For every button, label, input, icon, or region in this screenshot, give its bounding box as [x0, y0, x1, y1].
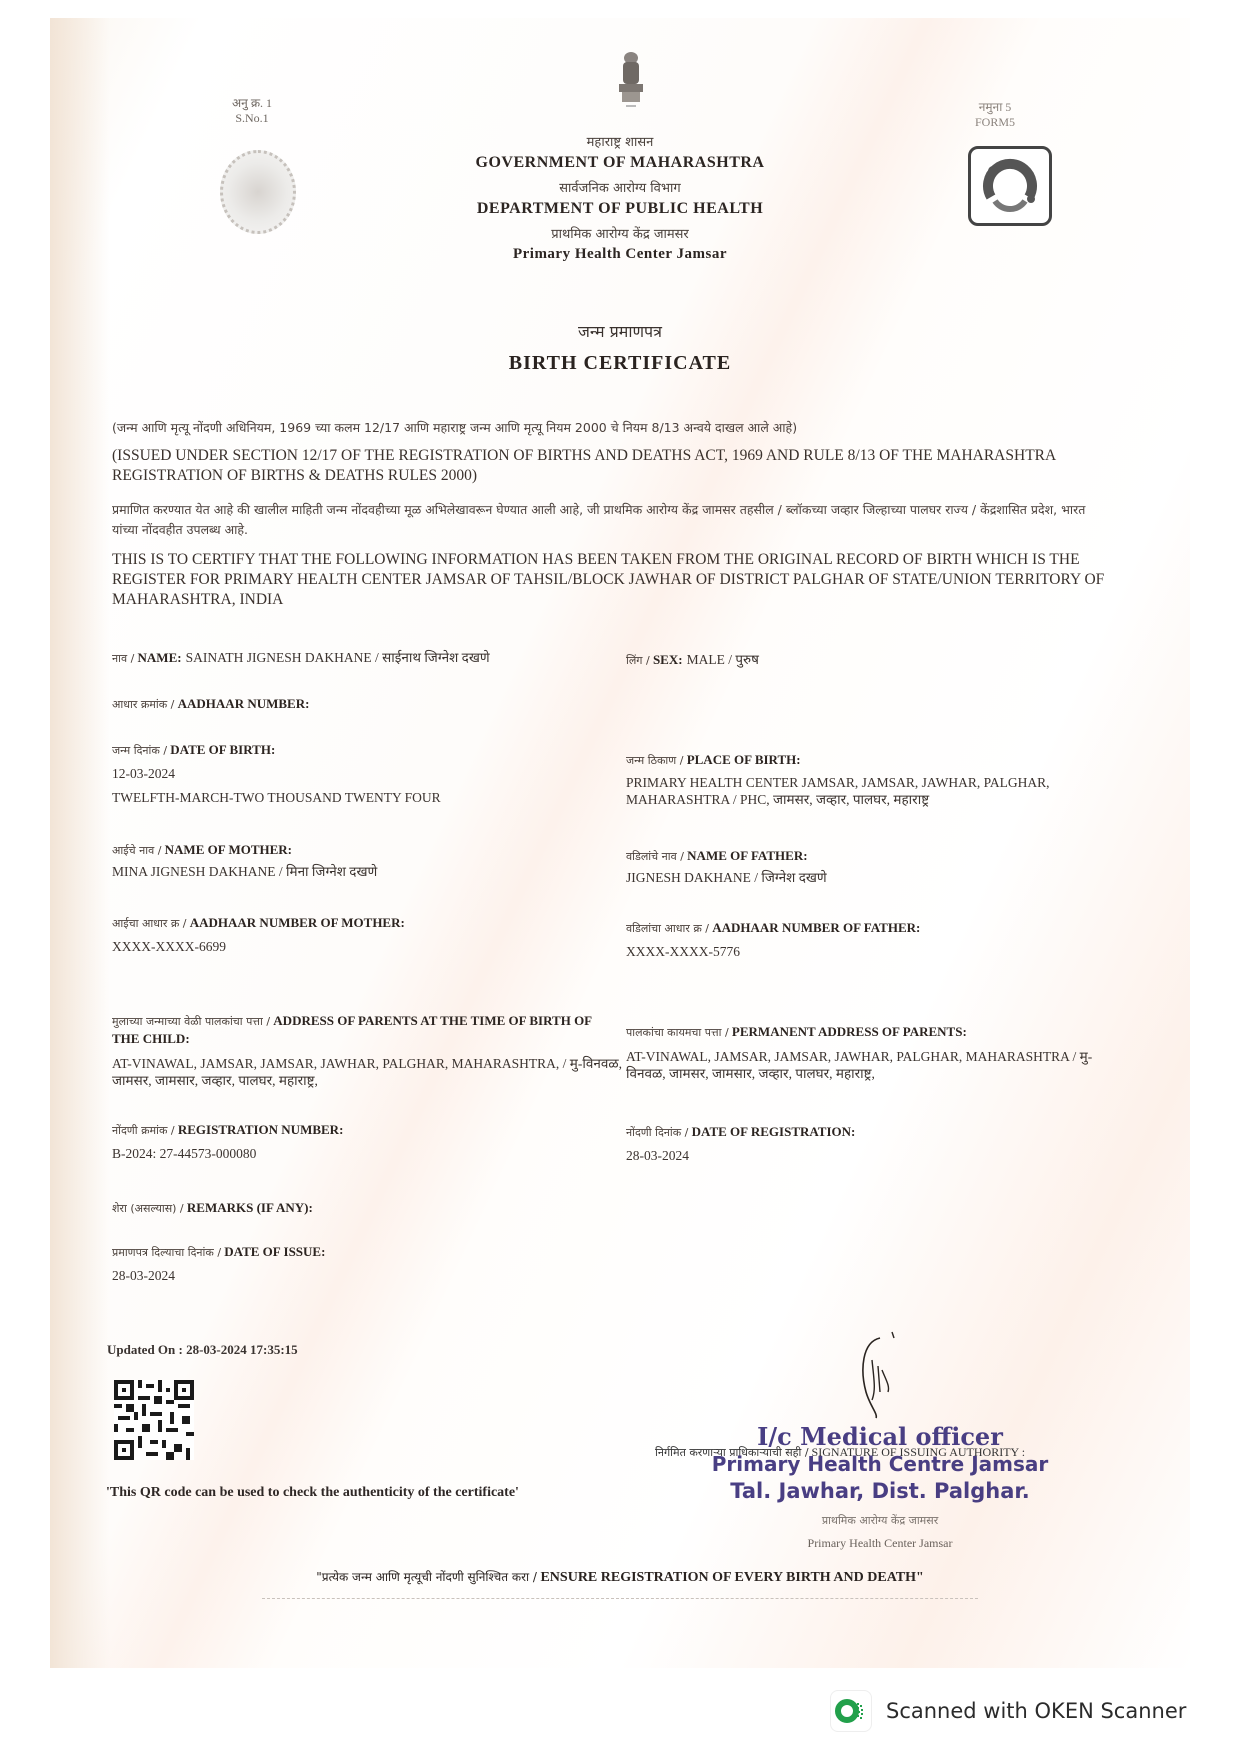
- dept-name-mr: सार्वजनिक आरोग्य विभाग: [400, 178, 840, 196]
- page-title: BIRTH CERTIFICATE: [400, 352, 840, 375]
- mother-value: MINA JIGNESH DAKHANE / मिना जिग्नेश दखणे: [112, 862, 632, 882]
- reg-date-label-mr: नोंदणी दिनांक /: [626, 1126, 688, 1139]
- pob-label: PLACE OF BIRTH:: [687, 752, 801, 767]
- issue-date-label: DATE OF ISSUE:: [224, 1244, 325, 1259]
- signature-icon: [852, 1330, 908, 1422]
- reg-date-value: 28-03-2024: [626, 1146, 1116, 1166]
- field-date-of-birth: जन्म दिनांक / DATE OF BIRTH: 12-03-2024 …: [112, 742, 632, 808]
- dob-value: 12-03-2024: [112, 764, 632, 784]
- field-registration-date: नोंदणी दिनांक / DATE OF REGISTRATION: 28…: [626, 1124, 1116, 1166]
- dob-label: DATE OF BIRTH:: [170, 742, 275, 757]
- remarks-label: REMARKS (IF ANY):: [187, 1200, 313, 1215]
- act-reference-en: (ISSUED UNDER SECTION 12/17 OF THE REGIS…: [112, 446, 1092, 486]
- footer-divider: [262, 1598, 978, 1600]
- motto: "प्रत्येक जन्म आणि मृत्यूची नोंदणी सुनिश…: [220, 1568, 1020, 1586]
- center-name-en: Primary Health Center Jamsar: [400, 246, 840, 263]
- field-date-of-issue: प्रमाणपत्र दिल्याचा दिनांक / DATE OF ISS…: [112, 1244, 632, 1286]
- registration-logo-icon: [968, 146, 1052, 226]
- serial-number-en: S.No.1: [232, 111, 272, 126]
- stamp-line-2: Primary Health Centre Jamsar: [700, 1451, 1060, 1477]
- issue-date-value: 28-03-2024: [112, 1266, 632, 1286]
- aadhaar-label: AADHAAR NUMBER:: [178, 696, 310, 711]
- government-heading: महाराष्ट्र शासन GOVERNMENT OF MAHARASHTR…: [400, 132, 840, 263]
- act-reference-mr: (जन्म आणि मृत्यू नोंदणी अधिनियम, 1969 च्…: [112, 418, 1112, 438]
- serial-number: अनु क्र. 1 S.No.1: [232, 96, 272, 126]
- form-number-en: FORM5: [975, 115, 1015, 130]
- motto-en: ENSURE REGISTRATION OF EVERY BIRTH AND D…: [540, 1570, 923, 1585]
- address-birth-label-mr: मुलाच्या जन्माच्या वेळी पालकांचा पत्ता /: [112, 1015, 270, 1028]
- dob-label-mr: जन्म दिनांक /: [112, 744, 167, 757]
- issuer-center-mr: प्राथमिक आरोग्य केंद्र जामसर: [700, 1513, 1060, 1528]
- reg-no-value: B-2024: 27-44573-000080: [112, 1144, 632, 1164]
- scanner-watermark: Scanned with OKEN Scanner: [830, 1690, 1186, 1732]
- name-value: SAINATH JIGNESH DAKHANE / साईनाथ जिग्नेश…: [186, 650, 490, 665]
- stamp-line-1: I/c Medical officer: [700, 1423, 1060, 1451]
- updated-on: Updated On : 28-03-2024 17:35:15: [107, 1342, 298, 1358]
- title-mr: जन्म प्रमाणपत्र: [400, 320, 840, 342]
- father-aadhaar-label: AADHAAR NUMBER OF FATHER:: [712, 920, 920, 935]
- gov-name-en: GOVERNMENT OF MAHARASHTRA: [400, 154, 840, 172]
- field-mother-aadhaar: आईचा आधार क्र / AADHAAR NUMBER OF MOTHER…: [112, 915, 632, 957]
- center-name-mr: प्राथमिक आरोग्य केंद्र जामसर: [400, 224, 840, 242]
- stamp-line-3: Tal. Jawhar, Dist. Palghar.: [700, 1477, 1060, 1505]
- certify-statement-mr: प्रमाणित करण्यात येत आहे की खालील माहिती…: [112, 500, 1112, 540]
- father-label-mr: वडिलांचे नाव /: [626, 850, 684, 863]
- mother-aadhaar-label-mr: आईचा आधार क्र /: [112, 917, 186, 930]
- oken-scanner-logo-icon: [830, 1690, 872, 1732]
- father-aadhaar-value: XXXX-XXXX-5776: [626, 942, 1116, 962]
- name-label: NAME:: [138, 650, 182, 665]
- address-perm-label-mr: पालकांचा कायमचा पत्ता /: [626, 1026, 729, 1039]
- sex-value: MALE / पुरुष: [687, 652, 759, 667]
- gov-name-mr: महाराष्ट्र शासन: [400, 132, 840, 150]
- scanner-watermark-text: Scanned with OKEN Scanner: [886, 1699, 1186, 1723]
- dept-name-en: DEPARTMENT OF PUBLIC HEALTH: [400, 200, 840, 218]
- mother-aadhaar-value: XXXX-XXXX-6699: [112, 937, 632, 957]
- mother-aadhaar-label: AADHAAR NUMBER OF MOTHER:: [190, 915, 405, 930]
- serial-number-mr: अनु क्र. 1: [232, 96, 272, 111]
- field-sex: लिंग / SEX: MALE / पुरुष: [626, 650, 1116, 670]
- address-perm-label: PERMANENT ADDRESS OF PARENTS:: [732, 1024, 967, 1039]
- reg-no-label-mr: नोंदणी क्रमांक /: [112, 1124, 175, 1137]
- field-permanent-address: पालकांचा कायमचा पत्ता / PERMANENT ADDRES…: [626, 1024, 1116, 1082]
- father-label: NAME OF FATHER:: [687, 848, 807, 863]
- reg-date-label: DATE OF REGISTRATION:: [692, 1124, 856, 1139]
- qr-code-icon[interactable]: [114, 1380, 194, 1460]
- form-number-mr: नमुना 5: [975, 100, 1015, 115]
- field-place-of-birth: जन्म ठिकाण / PLACE OF BIRTH: PRIMARY HEA…: [626, 752, 1116, 808]
- motto-mr: "प्रत्येक जन्म आणि मृत्यूची नोंदणी सुनिश…: [316, 1570, 537, 1584]
- pob-value: PRIMARY HEALTH CENTER JAMSAR, JAMSAR, JA…: [626, 774, 1116, 808]
- qr-note: 'This QR code can be used to check the a…: [106, 1483, 566, 1502]
- field-father-name: वडिलांचे नाव / NAME OF FATHER: JIGNESH D…: [626, 848, 1116, 888]
- sex-label: SEX:: [653, 652, 683, 667]
- field-name: नाव / NAME: SAINATH JIGNESH DAKHANE / सा…: [112, 648, 632, 668]
- reg-no-label: REGISTRATION NUMBER:: [178, 1122, 344, 1137]
- remarks-label-mr: शेरा (असल्यास) /: [112, 1202, 184, 1215]
- field-father-aadhaar: वडिलांचा आधार क्र / AADHAAR NUMBER OF FA…: [626, 920, 1116, 962]
- mother-label-mr: आईचे नाव /: [112, 844, 161, 857]
- issuer-center-en: Primary Health Center Jamsar: [700, 1536, 1060, 1551]
- form-number: नमुना 5 FORM5: [975, 100, 1015, 130]
- field-remarks: शेरा (असल्यास) / REMARKS (IF ANY):: [112, 1198, 632, 1218]
- mother-label: NAME OF MOTHER:: [165, 842, 292, 857]
- dob-words: TWELFTH-MARCH-TWO THOUSAND TWENTY FOUR: [112, 788, 632, 808]
- pob-label-mr: जन्म ठिकाण /: [626, 754, 683, 767]
- aadhaar-label-mr: आधार क्रमांक /: [112, 698, 174, 711]
- officer-stamp: I/c Medical officer Primary Health Centr…: [700, 1423, 1060, 1505]
- certify-statement-en: THIS IS TO CERTIFY THAT THE FOLLOWING IN…: [112, 550, 1112, 610]
- father-aadhaar-label-mr: वडिलांचा आधार क्र /: [626, 922, 709, 935]
- issue-date-label-mr: प्रमाणपत्र दिल्याचा दिनांक /: [112, 1246, 221, 1259]
- field-registration-number: नोंदणी क्रमांक / REGISTRATION NUMBER: B-…: [112, 1122, 632, 1164]
- sex-label-mr: लिंग /: [626, 654, 650, 667]
- field-address-at-birth: मुलाच्या जन्माच्या वेळी पालकांचा पत्ता /…: [112, 1012, 622, 1089]
- national-emblem-icon: [614, 48, 648, 110]
- state-seal-icon: [220, 150, 296, 234]
- field-mother-name: आईचे नाव / NAME OF MOTHER: MINA JIGNESH …: [112, 842, 632, 882]
- name-label-mr: नाव /: [112, 652, 134, 665]
- father-value: JIGNESH DAKHANE / जिग्नेश दखणे: [626, 868, 1116, 888]
- address-birth-value: AT-VINAWAL, JAMSAR, JAMSAR, JAWHAR, PALG…: [112, 1055, 622, 1089]
- field-aadhaar: आधार क्रमांक / AADHAAR NUMBER:: [112, 694, 632, 714]
- address-perm-value: AT-VINAWAL, JAMSAR, JAMSAR, JAWHAR, PALG…: [626, 1048, 1116, 1082]
